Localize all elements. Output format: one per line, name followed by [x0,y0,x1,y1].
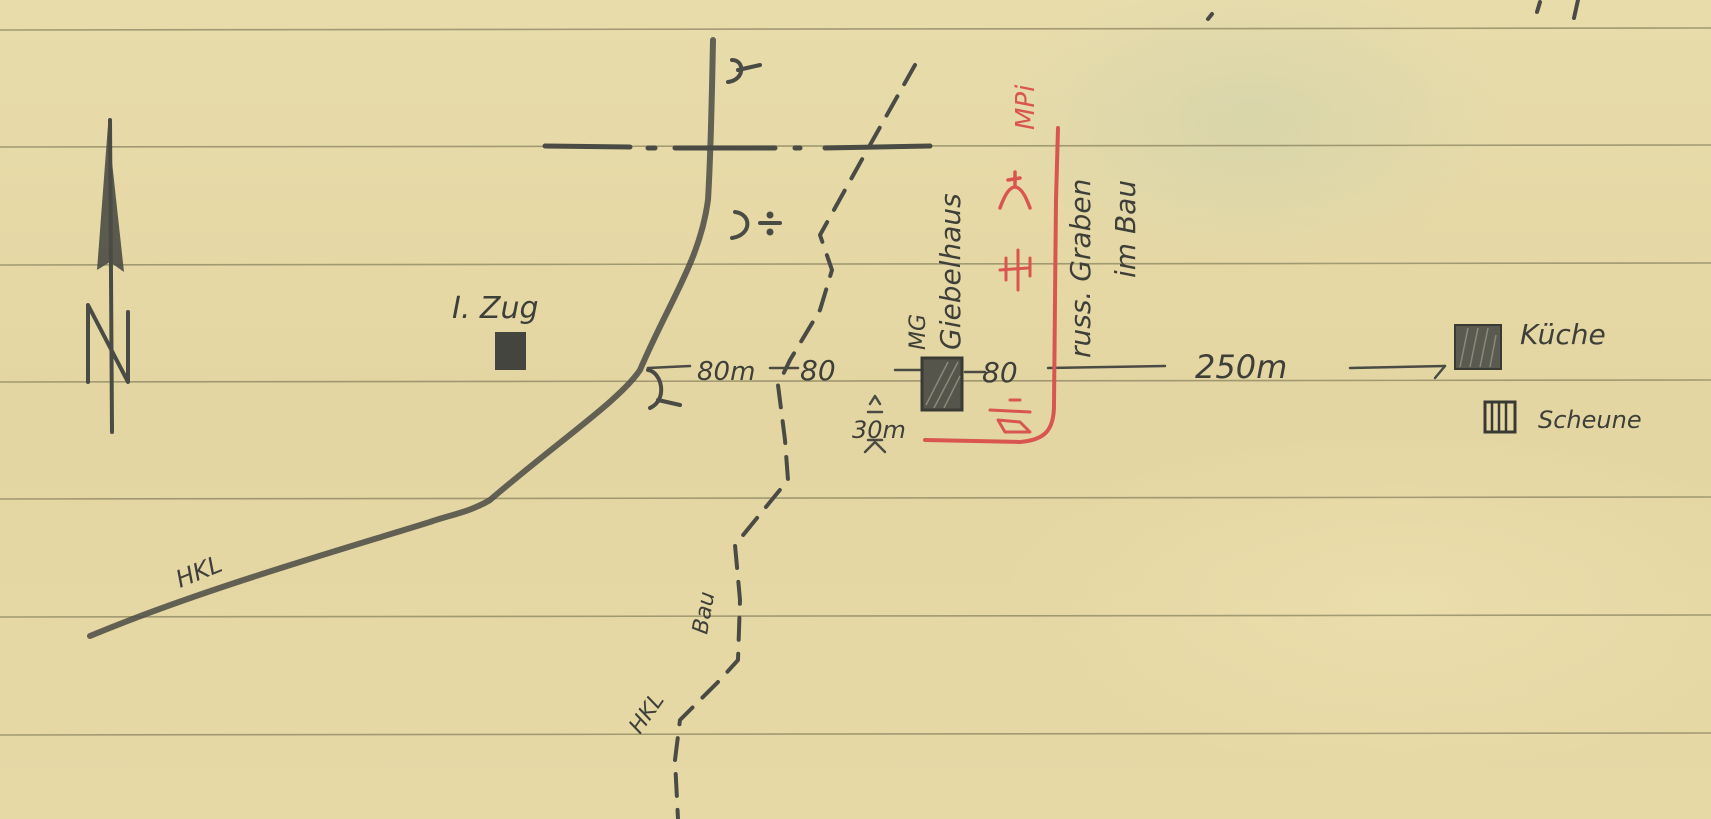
trench-label-1: russ. Graben [1064,179,1097,358]
distance-80-label-b: 80 [982,356,1018,389]
hkl-front-line [90,40,713,636]
mg-label: MG [906,314,931,350]
bunker-icon [990,400,1030,432]
distance-30m-label: 30m [852,416,906,444]
distance-250m-label: 250m [1195,348,1287,386]
map-sheet: I. Zug HKL HKL Bau Giebelhaus MG MPi rus… [0,0,1711,819]
giebelhaus-building-icon [922,358,962,410]
boundary-line [545,146,930,148]
construction-label: Bau [688,590,720,636]
giebelhaus-label: Giebelhaus [934,193,967,350]
distance-line [648,366,1445,378]
barn-building-icon [1485,402,1515,432]
distance-80m-label: 80m [697,357,755,387]
north-arrow-icon [88,120,128,432]
distance-80-label-a: 80 [800,354,836,387]
barn-label: Scheune [1538,406,1642,434]
platoon-position-icon [495,332,526,370]
ruled-lines [0,28,1711,735]
sketch-map: I. Zug HKL HKL Bau Giebelhaus MG MPi rus… [0,0,1711,819]
mortar-icon [1000,172,1030,208]
mortar-label: MPi [1011,84,1041,130]
stray-marks [1208,0,1578,19]
hkl-construction-label: HKL [624,689,669,739]
kitchen-label: Küche [1520,318,1606,351]
platoon-label: I. Zug [452,291,539,326]
kitchen-building-icon [1455,325,1501,369]
trench-label-2: im Bau [1109,180,1142,278]
obstacle-icon [1000,250,1030,290]
